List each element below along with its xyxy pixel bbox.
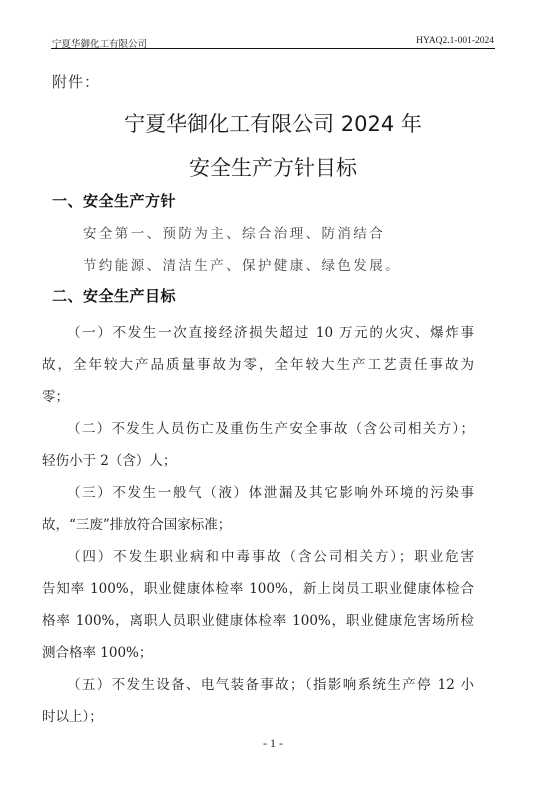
paragraph-line: 零； (42, 385, 474, 405)
paragraph-line: 故，全年较大产品质量事故为零，全年较大生产工艺责任事故为 (42, 353, 474, 373)
attachment-label: 附件： (52, 71, 100, 92)
paragraph-line: 轻伤小于 2（含）人； (42, 449, 474, 469)
paragraph-line: 测合格率 100%； (42, 641, 474, 661)
policy-line: 节约能源、清洁生产、保护健康、绿色发展。 (83, 254, 401, 274)
paragraph-line: （二）不发生人员伤亡及重伤生产安全事故（含公司相关方）； (67, 417, 474, 437)
paragraph-line: （五）不发生设备、电气装备事故；（指影响系统生产停 12 小 (67, 673, 474, 693)
paragraph-line: （一）不发生一次直接经济损失超过 10 万元的火灾、爆炸事 (67, 321, 474, 341)
header-doc-code: HYAQ2.1-001-2024 (416, 36, 494, 46)
section-heading-policy: 一、安全生产方针 (52, 190, 176, 211)
paragraph-line: （四）不发生职业病和中毒事故（含公司相关方）；职业危害 (67, 545, 474, 565)
paragraph-line: 故，“三废”排放符合国家标准； (42, 513, 474, 533)
section-heading-goals: 二、安全生产目标 (52, 285, 176, 306)
paragraph-line: 格率 100%，离职人员职业健康体检率 100%，职业健康危害场所检 (42, 609, 474, 629)
document-title-line1: 宁夏华御化工有限公司 2024 年 (0, 108, 546, 138)
policy-line: 安全第一、预防为主、综合治理、防消结合 (83, 222, 385, 242)
paragraph-line: 时以上）； (42, 705, 474, 725)
document-title-line2: 安全生产方针目标 (0, 152, 546, 182)
paragraph-line: （三）不发生一般气（液）体泄漏及其它影响外环境的污染事 (67, 481, 474, 501)
paragraph-line: 告知率 100%，职业健康体检率 100%，新上岗员工职业健康体检合 (42, 577, 474, 597)
header-divider (51, 48, 495, 49)
page-number: - 1 - (0, 736, 546, 751)
